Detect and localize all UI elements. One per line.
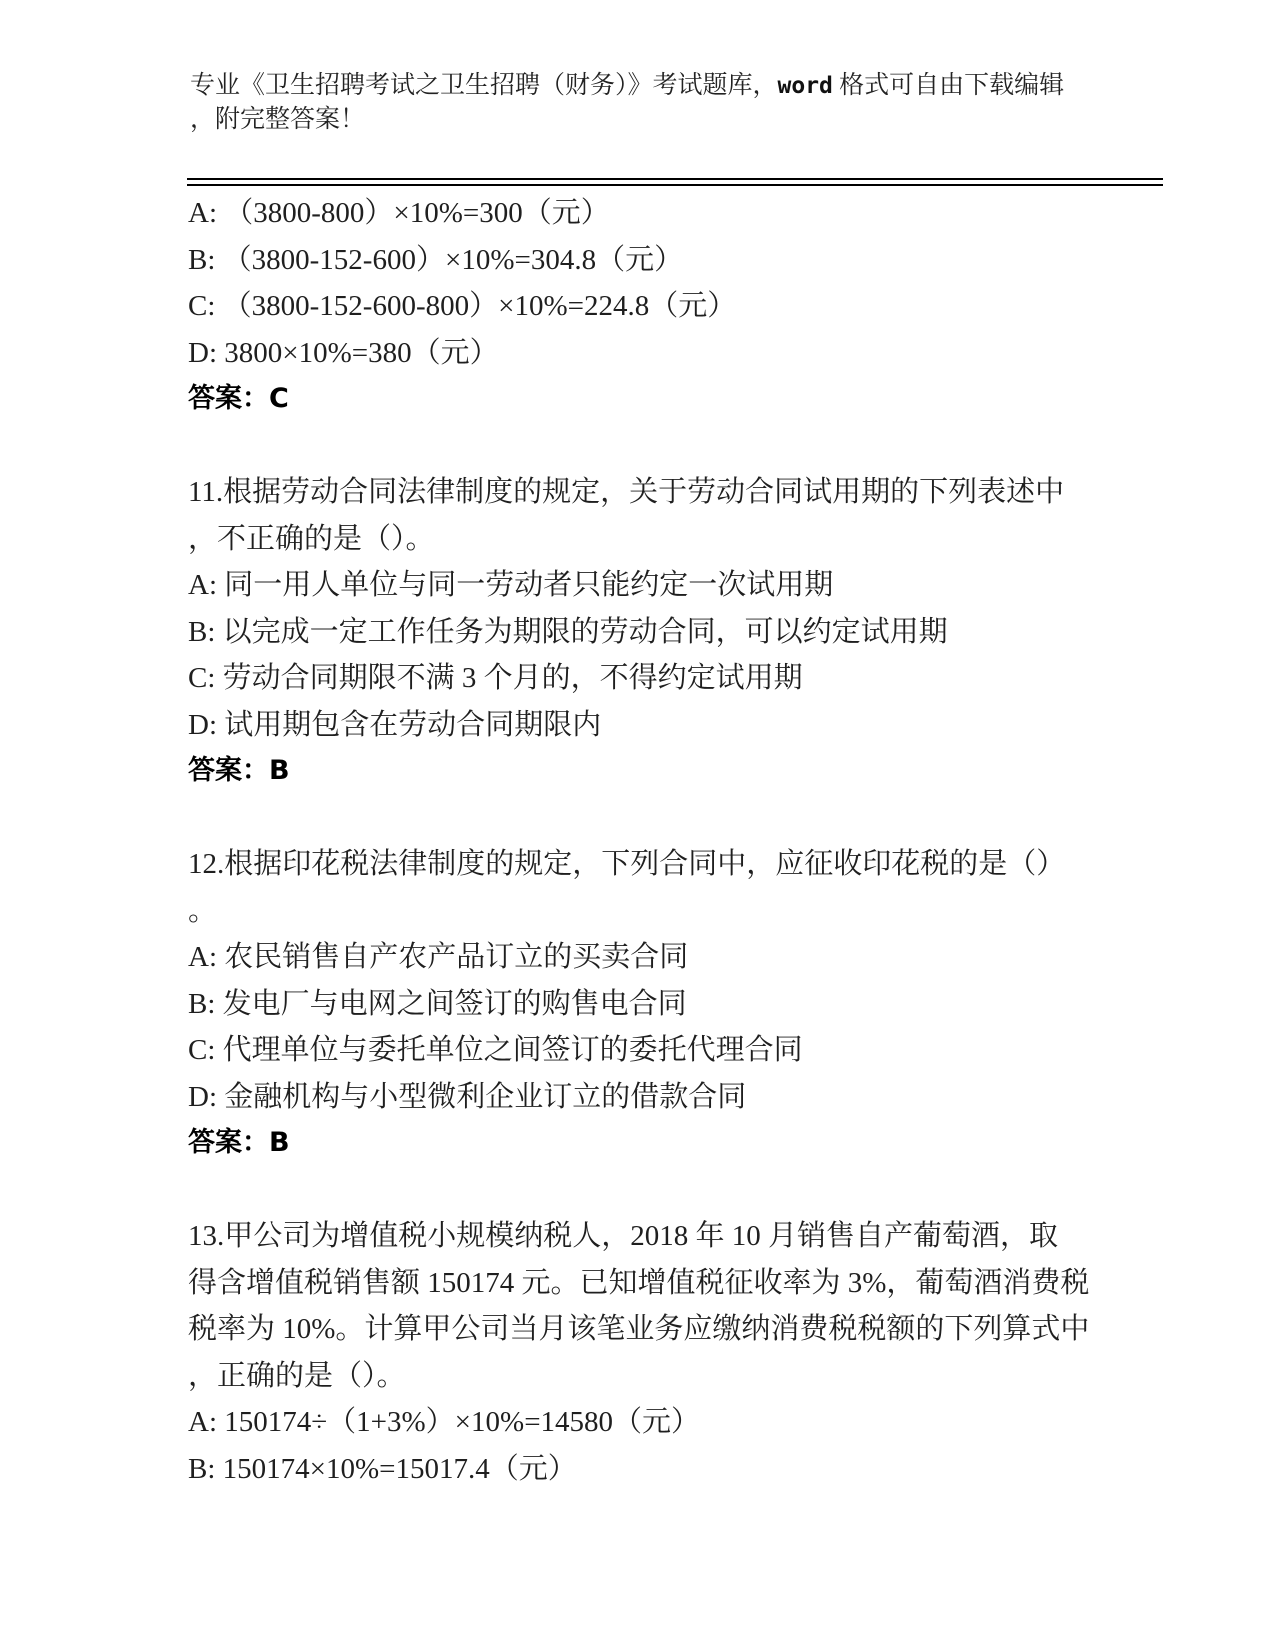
question13-stem-line-2: 得含增值税销售额 150174 元。已知增值税征收率为 3%，葡萄酒消费税 [188,1260,1088,1307]
page-header: 专业《卫生招聘考试之卫生招聘（财务）》考试题库，word 格式可自由下载编辑 ，… [190,69,1100,136]
question12-option-c: C: 代理单位与委托单位之间签订的委托代理合同 [188,1027,1088,1074]
header-line-2: ，附完整答案！ [190,103,1100,136]
question11-option-a: A: 同一用人单位与同一劳动者只能约定一次试用期 [188,562,1088,609]
document-body: A: （3800-800）×10%=300（元） B: （3800-152-60… [188,190,1088,1492]
blank-line [188,1167,1088,1214]
question10-option-c: C: （3800-152-600-800）×10%=224.8（元） [188,283,1088,330]
question12-option-d: D: 金融机构与小型微利企业订立的借款合同 [188,1074,1088,1121]
question10-option-d: D: 3800×10%=380（元） [188,330,1088,377]
question10-option-b: B: （3800-152-600）×10%=304.8（元） [188,237,1088,284]
question12-option-b: B: 发电厂与电网之间签订的购售电合同 [188,981,1088,1028]
question13-option-b: B: 150174×10%=15017.4（元） [188,1446,1088,1493]
question11-stem-line-2: ，不正确的是（）。 [188,516,1088,563]
blank-line [188,795,1088,842]
question13-option-a: A: 150174÷（1+3%）×10%=14580（元） [188,1399,1088,1446]
question12-option-a: A: 农民销售自产农产品订立的买卖合同 [188,934,1088,981]
header-line-1: 专业《卫生招聘考试之卫生招聘（财务）》考试题库，word 格式可自由下载编辑 [190,69,1100,103]
header-title-post: 格式可自由下载编辑 [833,72,1064,99]
question12-stem-line-2: 。 [188,888,1088,935]
blank-line [188,423,1088,470]
question10-answer: 答案：C [188,376,1088,423]
question12-answer: 答案：B [188,1120,1088,1167]
word-format-label: word [778,73,833,99]
question12-stem-line-1: 12.根据印花税法律制度的规定，下列合同中，应征收印花税的是（） [188,841,1088,888]
question10-option-a: A: （3800-800）×10%=300（元） [188,190,1088,237]
question11-option-c: C: 劳动合同期限不满 3 个月的，不得约定试用期 [188,655,1088,702]
document-page: 专业《卫生招聘考试之卫生招聘（财务）》考试题库，word 格式可自由下载编辑 ，… [0,0,1275,1650]
header-divider [187,178,1163,186]
question13-stem-line-3: 税率为 10%。计算甲公司当月该笔业务应缴纳消费税税额的下列算式中 [188,1306,1088,1353]
question11-option-d: D: 试用期包含在劳动合同期限内 [188,702,1088,749]
question11-option-b: B: 以完成一定工作任务为期限的劳动合同，可以约定试用期 [188,609,1088,656]
question13-stem-line-4: ，正确的是（）。 [188,1353,1088,1400]
header-title-pre: 专业《卫生招聘考试之卫生招聘（财务）》考试题库， [190,72,778,99]
question13-stem-line-1: 13.甲公司为增值税小规模纳税人，2018 年 10 月销售自产葡萄酒，取 [188,1213,1088,1260]
question11-stem-line-1: 11.根据劳动合同法律制度的规定，关于劳动合同试用期的下列表述中 [188,469,1088,516]
question11-answer: 答案：B [188,748,1088,795]
